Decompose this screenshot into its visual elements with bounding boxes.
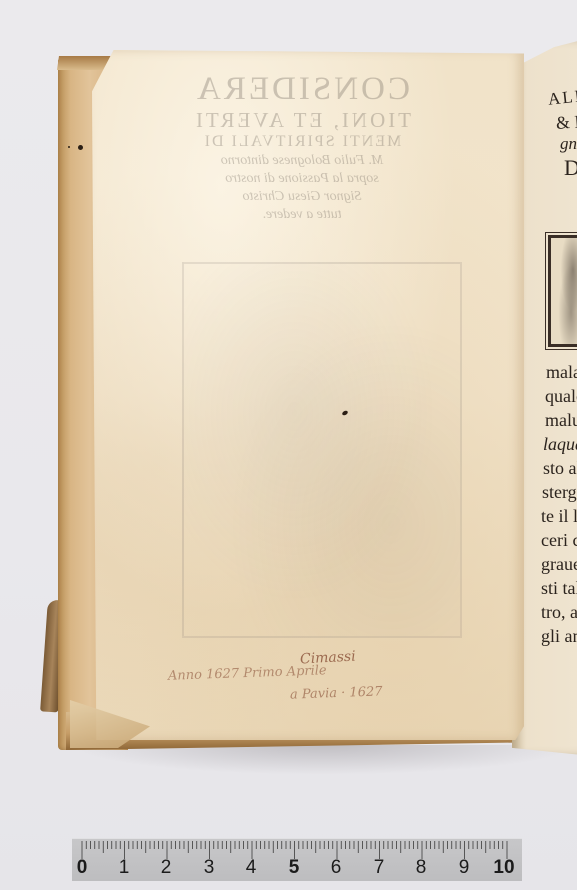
bleed-line: M. Fulio Bolognese dintorno [92,152,512,170]
right-title-line: D [564,155,577,181]
text-line: graue, [541,554,577,575]
text-line: mala [546,362,577,383]
bleed-line: MENTI SPIRITVALI DI [92,132,512,152]
ruler-label: 1 [119,857,130,879]
ruler-label: 3 [204,857,215,879]
text-line: gli ani [541,626,577,647]
ruler-label: 0 [77,857,88,879]
text-line: sti tali [541,578,577,599]
text-line: stergli, [542,482,577,503]
book-photo-scene: CONSIDERA TIONI, ET AVERTI MENTI SPIRITV… [0,0,577,890]
ruler-label: 8 [416,857,427,879]
ruler-label: 4 [246,857,257,879]
text-line: te il lor [541,506,577,527]
right-title-line: gno [560,134,577,154]
bleed-line: tutte a vedere. [92,206,512,224]
right-title-line: ALI [547,86,577,109]
text-line: ceri co [541,530,577,551]
text-line: sto al m [543,458,577,479]
ruler-label: 10 [493,857,514,879]
ruler-label: 2 [161,857,172,879]
book-shadow [70,745,577,775]
ruler-label: 6 [331,857,342,879]
text-line: qualc [545,386,577,407]
bleed-line: CONSIDERA [92,70,512,108]
text-line: malu [545,410,577,431]
bleed-through-title: CONSIDERA TIONI, ET AVERTI MENTI SPIRITV… [92,70,512,224]
ruler-label: 7 [374,857,385,879]
ruler-ticks [72,839,522,859]
wormhole [78,145,83,150]
bleed-line: Signor Giesu Christo [92,188,512,206]
ruler-label: 5 [289,857,300,879]
text-line: laqual [543,434,577,455]
woodcut-initial [548,235,577,347]
right-title-line: & E [555,111,577,134]
text-line: tro, al [541,602,577,623]
centimeter-ruler: 0 1 2 3 4 5 6 7 8 9 10 [72,838,522,881]
ruler-label: 9 [459,857,470,879]
bleed-line: TIONI, ET AVERTI [92,108,512,132]
woodcut-frame-bleed [182,262,462,638]
wormhole [68,146,70,148]
bleed-line: sopra la Passione di nostro [92,170,512,188]
